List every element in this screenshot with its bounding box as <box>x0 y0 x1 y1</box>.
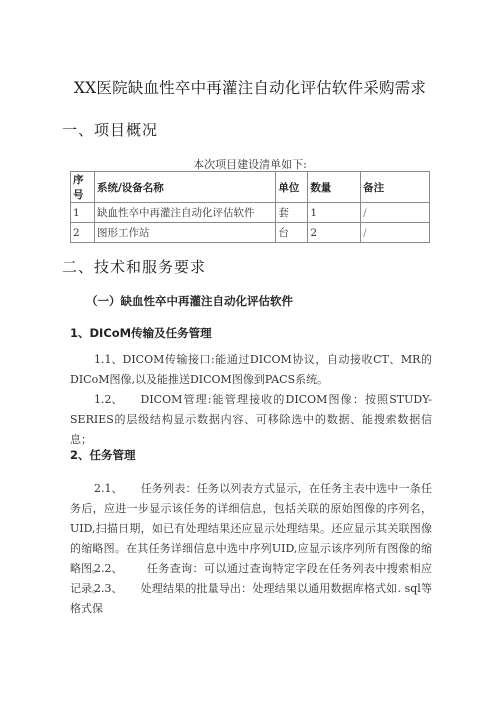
subsection-heading-software: （一）缺血性卒中再灌注自动化评估软件 <box>86 293 293 309</box>
part-heading-task: 2、任务管理 <box>70 447 136 463</box>
cell-remark: / <box>361 223 430 243</box>
cell-unit: 台 <box>276 223 308 243</box>
project-items-table: 序号 系统/设备名称 单位 数量 备注 1 缺血性卒中再灌注自动化评估软件 套 … <box>70 171 430 243</box>
item-number: 2.2、 <box>94 559 123 579</box>
table-row: 1 缺血性卒中再灌注自动化评估软件 套 1 / <box>71 203 430 223</box>
cell-index: 2 <box>71 223 95 243</box>
header-unit: 单位 <box>276 172 308 203</box>
table-header-row: 序号 系统/设备名称 单位 数量 备注 <box>71 172 430 203</box>
cell-name: 图形工作站 <box>94 223 275 243</box>
item-number: 1.2、 <box>94 390 123 410</box>
header-index: 序号 <box>71 172 95 203</box>
cell-quantity: 1 <box>308 203 361 223</box>
section-heading-overview: 一、项目概况 <box>62 119 158 140</box>
document-page: XX医院缺血性卒中再灌注自动化评估软件采购需求 一、项目概况 本次项目建设清单如… <box>0 0 500 707</box>
header-name: 系统/设备名称 <box>94 172 275 203</box>
item-number: 2.1、 <box>94 479 123 499</box>
item-number: 2.3、 <box>94 579 123 599</box>
paragraph-1-2: 1.2、DICOM管理:能管理接收的DICOM图像：按照STUDY-SERIES… <box>70 390 432 450</box>
header-remark: 备注 <box>361 172 430 203</box>
item-text: 处理结果的批量导出：处理结果以通用数据库格式如. sql等格式保 <box>70 582 432 615</box>
cell-index: 1 <box>71 203 95 223</box>
header-quantity: 数量 <box>308 172 361 203</box>
cell-remark: / <box>361 203 430 223</box>
part-heading-dicom: 1、DICoM传输及任务管理 <box>70 325 212 341</box>
paragraph-2-3: 2.3、处理结果的批量导出：处理结果以通用数据库格式如. sql等格式保 <box>70 579 432 619</box>
cell-name: 缺血性卒中再灌注自动化评估软件 <box>94 203 275 223</box>
table-caption: 本次项目建设清单如下: <box>0 156 500 172</box>
item-number: 1.1、 <box>94 350 123 370</box>
section-heading-requirements: 二、技术和服务要求 <box>62 256 206 277</box>
item-text: DICOM管理:能管理接收的DICOM图像：按照STUDY-SERIES的层级结… <box>70 393 432 446</box>
cell-quantity: 2 <box>308 223 361 243</box>
paragraph-1-1: 1.1、DICOM传输接口:能通过DICOM协议，自动接收CT、MR的DICoM… <box>70 350 432 390</box>
table-row: 2 图形工作站 台 2 / <box>71 223 430 243</box>
document-title: XX医院缺血性卒中再灌注自动化评估软件采购需求 <box>0 76 500 98</box>
cell-unit: 套 <box>276 203 308 223</box>
item-text: DICOM传输接口:能通过DICOM协议，自动接收CT、MR的DICoM图像,以… <box>70 353 432 386</box>
